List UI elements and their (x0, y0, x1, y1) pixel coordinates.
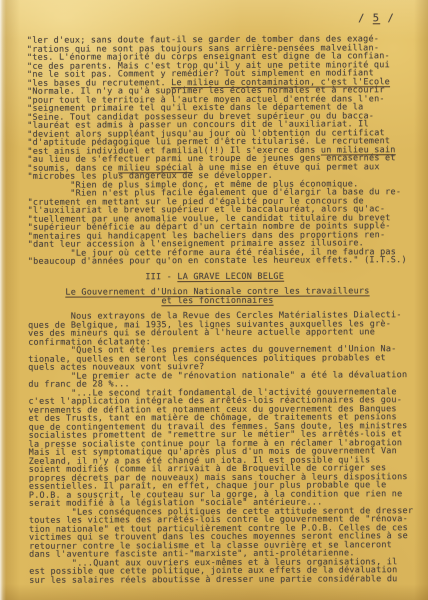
document-page: / 5 / "ler d'eux; sans doute faut-il se … (0, 0, 428, 600)
typed-text: "ler d'eux; sans doute faut-il se garder… (27, 35, 425, 585)
underlined-text: LA GRAVE LECON BELGE (177, 271, 284, 281)
typed-text-segment: III - (28, 272, 177, 283)
page-number-prefix: / (358, 12, 373, 24)
underlined-text: et les fonctionnaires (161, 295, 273, 305)
excerpt-belgium-line: sur les salaires réels aboutisse à dress… (29, 575, 425, 585)
page-number: / 5 / (358, 12, 395, 24)
typed-text-segment: sur les salaires réels aboutisse à dress… (29, 574, 397, 586)
excerpt-education-line: "beaucoup d'années pour qu'on en constat… (28, 256, 424, 266)
paper-sheet: / 5 / "ler d'eux; sans doute faut-il se … (0, 0, 428, 600)
typed-text-segment (28, 296, 161, 307)
typed-text-segment: "beaucoup d'années pour qu'on en constat… (28, 255, 407, 267)
page-number-suffix: / (380, 12, 395, 24)
